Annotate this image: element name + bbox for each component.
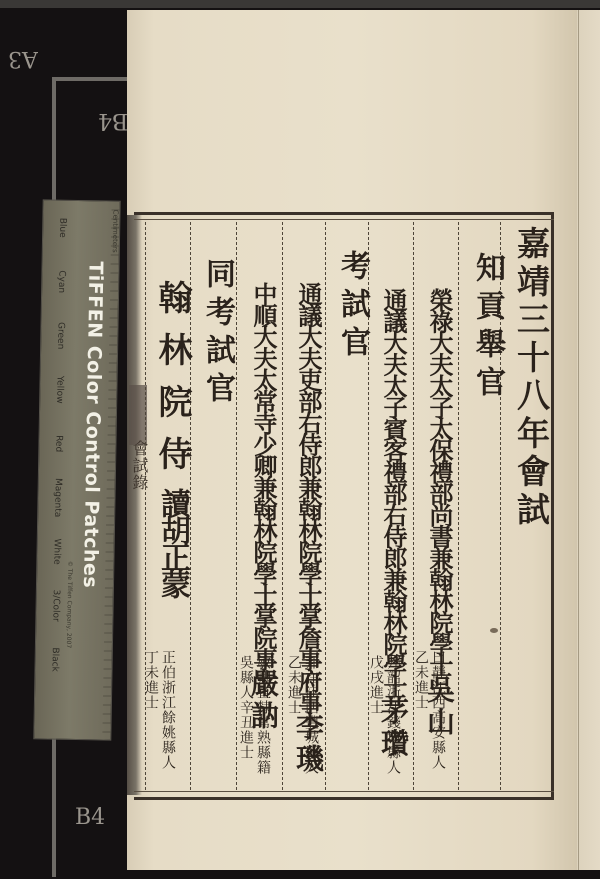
section-heading-examiners: 考試官	[330, 250, 374, 364]
strip-units-label: Centimeters	[111, 210, 120, 253]
note-line: 乙未進士	[285, 655, 302, 775]
official-name: 胡正蒙	[155, 515, 190, 596]
official-title-tail: 讀	[155, 488, 190, 515]
grid-label-a3: A3	[8, 46, 38, 71]
official-note: 曰靜江西高安縣人乙未進士	[412, 650, 446, 770]
strip-content: Centimeters TiFFEN Color Control Patches…	[34, 200, 120, 740]
grid-label-b4-top: B4	[98, 108, 128, 133]
official-title: 通議大夫吏部右侍郎兼翰林院學士掌詹事府事	[294, 282, 323, 712]
frame-inner-bottom-rule	[134, 791, 554, 792]
patch-label-magenta: Magenta	[52, 471, 63, 525]
frame-inner-top-rule	[134, 219, 554, 220]
adjacent-page-fold	[578, 10, 579, 870]
official-entry: 翰林院侍讀胡正蒙	[148, 280, 197, 596]
patch-label-red: Red	[53, 417, 64, 471]
official-note: 敏卿直隸常熟縣籍吳縣人辛丑進士	[237, 655, 271, 775]
official-title: 榮祿大夫太子太保禮部尚書兼翰林院學士	[425, 288, 454, 675]
official-title: 翰林院侍	[152, 280, 192, 488]
note-line: 正伯浙江餘姚縣人	[159, 650, 176, 770]
note-line: 敏卿直隸常熟縣籍	[254, 655, 271, 775]
strip-copyright: © The Tiffen Company, 2007	[65, 561, 74, 648]
official-note: 正伯浙江餘姚縣人丁未進士	[142, 650, 176, 770]
ink-stain	[490, 628, 498, 633]
official-title: 通議大夫太子賓客禮部右侍郎兼翰林院學士	[379, 288, 408, 697]
official-title: 中順大夫太常寺少卿兼翰林院學士掌院事	[249, 282, 278, 669]
note-line: 吳縣人辛丑進士	[237, 655, 254, 775]
patch-label-white: White	[51, 525, 62, 579]
note-line: 曰靜江西高安縣人	[429, 650, 446, 770]
strip-brand: TiFFEN Color Control Patches	[79, 261, 107, 588]
patch-label-yellow: Yellow	[54, 363, 65, 417]
section-heading-chief-examiners: 知貢舉官	[465, 252, 509, 404]
color-control-strip: Centimeters TiFFEN Color Control Patches…	[33, 199, 120, 740]
note-line: 戊戌進士	[367, 655, 384, 775]
document-title: 嘉靖三十八年會試	[508, 226, 555, 530]
note-line: 乙未進士	[412, 650, 429, 770]
note-line: 邦在江西豐城縣人	[302, 655, 319, 775]
official-note: 邦韶浙江錢塘縣人戊戌進士	[367, 655, 401, 775]
note-line: 邦韶浙江錢塘縣人	[384, 655, 401, 775]
official-note: 邦在江西豐城縣人乙未進士	[285, 655, 319, 775]
grid-label-b4-bottom: B4	[75, 805, 105, 830]
patch-label-3color: 3/Color	[50, 579, 61, 633]
scanner-top-edge	[0, 0, 600, 8]
section-heading-associate-examiners: 同考試官	[195, 258, 239, 410]
patch-label-green: Green	[55, 309, 66, 363]
patch-label-black: Black	[49, 633, 60, 687]
patch-label-cyan: Cyan	[56, 255, 67, 309]
note-line: 丁未進士	[142, 650, 159, 770]
strip-patch-labels: Blue Cyan Green Yellow Red Magenta White…	[48, 201, 67, 741]
patch-label-blue: Blue	[57, 201, 68, 255]
